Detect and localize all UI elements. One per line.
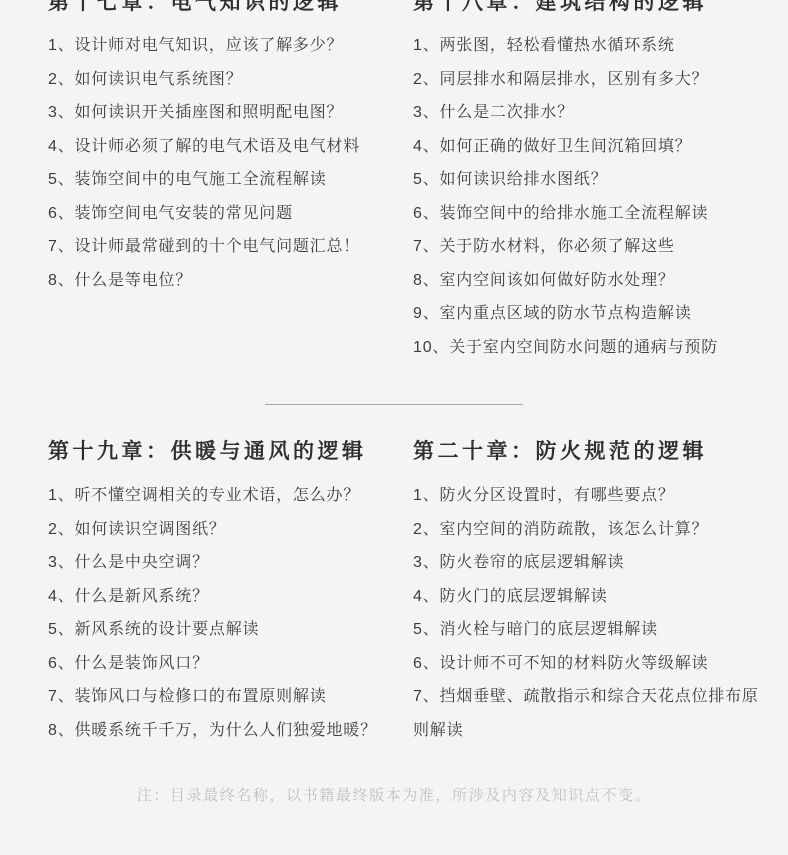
chapter-item: 8、什么是等电位？: [48, 264, 410, 298]
chapter-item: 7、关于防水材料，你必须了解这些: [413, 230, 765, 264]
chapter-item: 6、什么是装饰风口？: [48, 647, 410, 681]
chapter-item: 1、设计师对电气知识，应该了解多少？: [48, 29, 410, 63]
chapter-item: 10、关于室内空间防水问题的通病与预防: [413, 331, 765, 365]
chapter-item: 4、什么是新风系统？: [48, 580, 410, 614]
chapter-item: 3、如何读识开关插座图和照明配电图？: [48, 96, 410, 130]
chapter-item: 5、如何读识给排水图纸？: [413, 163, 765, 197]
chapter-17-column: 第十七章：电气知识的逻辑 1、设计师对电气知识，应该了解多少？ 2、如何读识电气…: [48, 0, 410, 297]
chapter-item: 2、室内空间的消防疏散，该怎么计算？: [413, 513, 765, 547]
chapter-item: 7、挡烟垂壁、疏散指示和综合天花点位排布原则解读: [413, 680, 765, 747]
chapter-17-item-list: 1、设计师对电气知识，应该了解多少？ 2、如何读识电气系统图？ 3、如何读识开关…: [48, 29, 410, 297]
chapter-item: 4、设计师必须了解的电气术语及电气材料: [48, 130, 410, 164]
chapter-item: 1、两张图，轻松看懂热水循环系统: [413, 29, 765, 63]
chapter-20-title: 第二十章：防火规范的逻辑: [413, 440, 765, 464]
chapter-19-title: 第十九章：供暖与通风的逻辑: [48, 440, 410, 464]
chapter-item: 5、新风系统的设计要点解读: [48, 613, 410, 647]
chapter-item: 2、同层排水和隔层排水，区别有多大？: [413, 63, 765, 97]
section-divider: [265, 404, 523, 405]
chapter-18-column: 第十八章：建筑结构的逻辑 1、两张图，轻松看懂热水循环系统 2、同层排水和隔层排…: [413, 0, 765, 364]
chapter-item: 9、室内重点区域的防水节点构造解读: [413, 297, 765, 331]
chapter-item: 1、听不懂空调相关的专业术语，怎么办？: [48, 479, 410, 513]
chapter-item: 2、如何读识电气系统图？: [48, 63, 410, 97]
chapter-20-item-list: 1、防火分区设置时，有哪些要点？ 2、室内空间的消防疏散，该怎么计算？ 3、防火…: [413, 479, 765, 747]
chapter-item: 8、供暖系统千千万，为什么人们独爱地暖？: [48, 714, 410, 748]
chapter-17-title: 第十七章：电气知识的逻辑: [48, 0, 410, 15]
chapter-item: 7、装饰风口与检修口的布置原则解读: [48, 680, 410, 714]
chapter-item: 3、什么是中央空调？: [48, 546, 410, 580]
chapter-item: 6、装饰空间电气安装的常见问题: [48, 197, 410, 231]
chapter-18-title: 第十八章：建筑结构的逻辑: [413, 0, 765, 15]
chapter-item: 4、防火门的底层逻辑解读: [413, 580, 765, 614]
footnote: 注：目录最终名称，以书籍最终版本为准，所涉及内容及知识点不变。: [0, 786, 788, 806]
chapter-item: 3、什么是二次排水？: [413, 96, 765, 130]
chapter-item: 5、消火栓与暗门的底层逻辑解读: [413, 613, 765, 647]
chapter-19-column: 第十九章：供暖与通风的逻辑 1、听不懂空调相关的专业术语，怎么办？ 2、如何读识…: [48, 440, 410, 747]
chapter-item: 8、室内空间该如何做好防水处理？: [413, 264, 765, 298]
chapter-item: 6、设计师不可不知的材料防火等级解读: [413, 647, 765, 681]
chapter-19-item-list: 1、听不懂空调相关的专业术语，怎么办？ 2、如何读识空调图纸？ 3、什么是中央空…: [48, 479, 410, 747]
chapter-item: 6、装饰空间中的给排水施工全流程解读: [413, 197, 765, 231]
chapter-item: 7、设计师最常碰到的十个电气问题汇总！: [48, 230, 410, 264]
toc-page: 第十七章：电气知识的逻辑 1、设计师对电气知识，应该了解多少？ 2、如何读识电气…: [0, 0, 788, 855]
chapter-20-column: 第二十章：防火规范的逻辑 1、防火分区设置时，有哪些要点？ 2、室内空间的消防疏…: [413, 440, 765, 747]
chapter-item: 4、如何正确的做好卫生间沉箱回填？: [413, 130, 765, 164]
chapter-item: 1、防火分区设置时，有哪些要点？: [413, 479, 765, 513]
chapter-item: 5、装饰空间中的电气施工全流程解读: [48, 163, 410, 197]
chapter-18-item-list: 1、两张图，轻松看懂热水循环系统 2、同层排水和隔层排水，区别有多大？ 3、什么…: [413, 29, 765, 364]
chapter-item: 3、防火卷帘的底层逻辑解读: [413, 546, 765, 580]
chapter-item: 2、如何读识空调图纸？: [48, 513, 410, 547]
